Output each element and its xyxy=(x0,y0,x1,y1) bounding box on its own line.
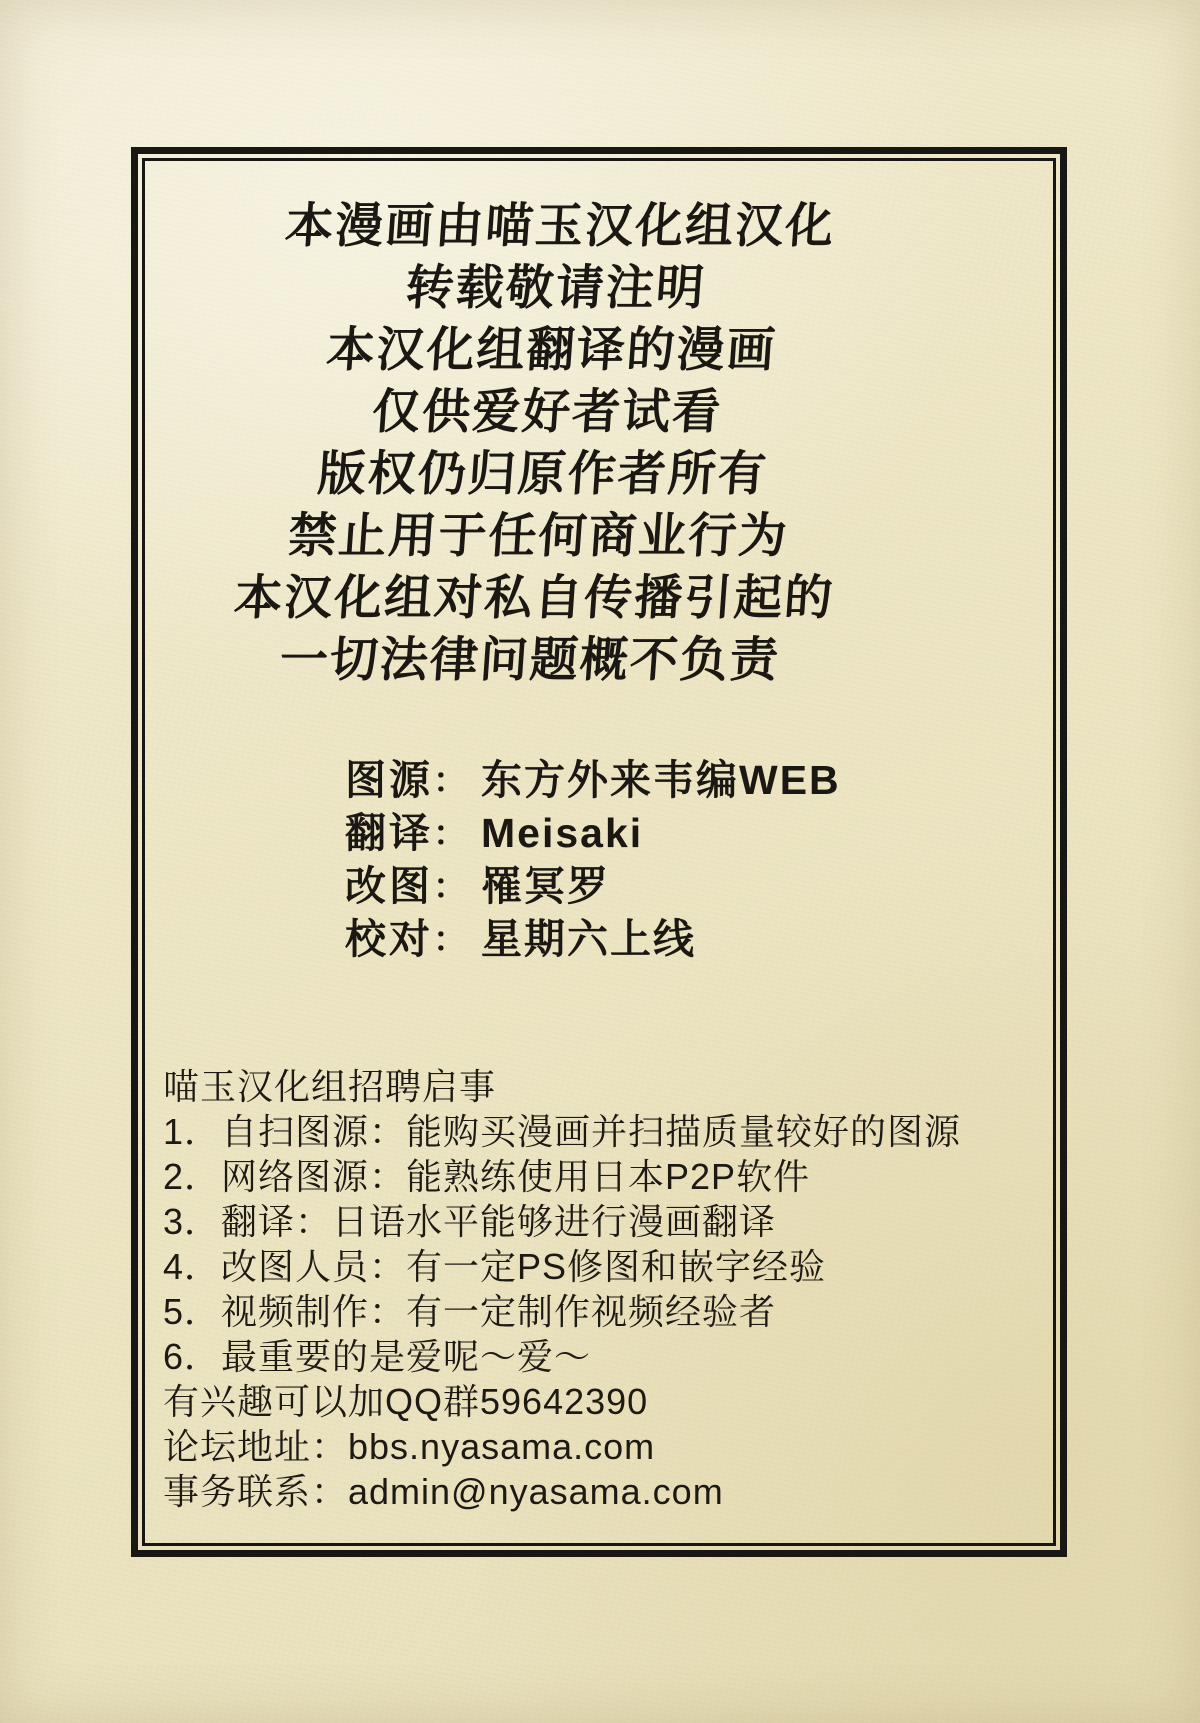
recruitment-item: 3．翻译：日语水平能够进行漫画翻译 xyxy=(163,1199,961,1244)
recruitment-contact-qq: 有兴趣可以加QQ群59642390 xyxy=(163,1379,961,1424)
credit-value: Meisaki xyxy=(481,810,643,856)
recruitment-item: 6．最重要的是爱呢～爱～ xyxy=(163,1334,961,1379)
disclaimer-line: 一切法律问题概不负责 xyxy=(78,630,982,692)
recruitment-block: 喵玉汉化组招聘启事 1．自扫图源：能购买漫画并扫描质量较好的图源 2．网络图源：… xyxy=(163,1064,961,1514)
recruitment-item: 5．视频制作：有一定制作视频经验者 xyxy=(163,1289,961,1334)
credit-label: 翻译 xyxy=(345,810,433,856)
disclaimer-line: 本汉化组对私自传播引起的 xyxy=(82,568,986,630)
recruitment-item: 1．自扫图源：能购买漫画并扫描质量较好的图源 xyxy=(163,1109,961,1154)
disclaimer-line: 禁止用于任何商业行为 xyxy=(86,506,990,568)
credit-value: 东方外来韦编WEB xyxy=(481,757,841,803)
credit-row-editor: 改图：罹冥罗 xyxy=(345,860,841,913)
credit-value: 星期六上线 xyxy=(481,916,696,962)
credit-row-translator: 翻译：Meisaki xyxy=(345,807,841,860)
credit-row-proofreader: 校对：星期六上线 xyxy=(345,913,841,966)
disclaimer-line: 转载敬请注明 xyxy=(104,258,1008,320)
recruitment-title: 喵玉汉化组招聘启事 xyxy=(163,1064,961,1109)
credit-label: 图源 xyxy=(345,757,433,803)
disclaimer-line: 版权仍归原作者所有 xyxy=(91,444,995,506)
disclaimer-line: 仅供爱好者试看 xyxy=(95,382,999,444)
recruitment-item: 2．网络图源：能熟练使用日本P2P软件 xyxy=(163,1154,961,1199)
recruitment-item: 4．改图人员：有一定PS修图和嵌字经验 xyxy=(163,1244,961,1289)
credit-value: 罹冥罗 xyxy=(481,863,610,909)
disclaimer-line: 本漫画由喵玉汉化组汉化 xyxy=(108,196,1012,258)
recruitment-contact-forum: 论坛地址：bbs.nyasama.com xyxy=(163,1424,961,1469)
credit-label: 改图 xyxy=(345,863,433,909)
credit-colon: ： xyxy=(433,815,467,853)
credit-row-source: 图源：东方外来韦编WEB xyxy=(345,754,841,807)
credit-label: 校对 xyxy=(345,916,433,962)
scanned-credits-page: 本漫画由喵玉汉化组汉化 转载敬请注明 本汉化组翻译的漫画 仅供爱好者试看 版权仍… xyxy=(0,0,1200,1723)
credit-colon: ： xyxy=(433,921,467,959)
disclaimer-block: 本漫画由喵玉汉化组汉化 转载敬请注明 本汉化组翻译的漫画 仅供爱好者试看 版权仍… xyxy=(78,196,1013,692)
recruitment-contact-email: 事务联系：admin@nyasama.com xyxy=(163,1469,961,1514)
staff-credits-block: 图源：东方外来韦编WEB 翻译：Meisaki 改图：罹冥罗 校对：星期六上线 xyxy=(345,754,841,966)
credit-colon: ： xyxy=(433,868,467,906)
credit-colon: ： xyxy=(433,762,467,800)
disclaimer-line: 本汉化组翻译的漫画 xyxy=(99,320,1003,382)
